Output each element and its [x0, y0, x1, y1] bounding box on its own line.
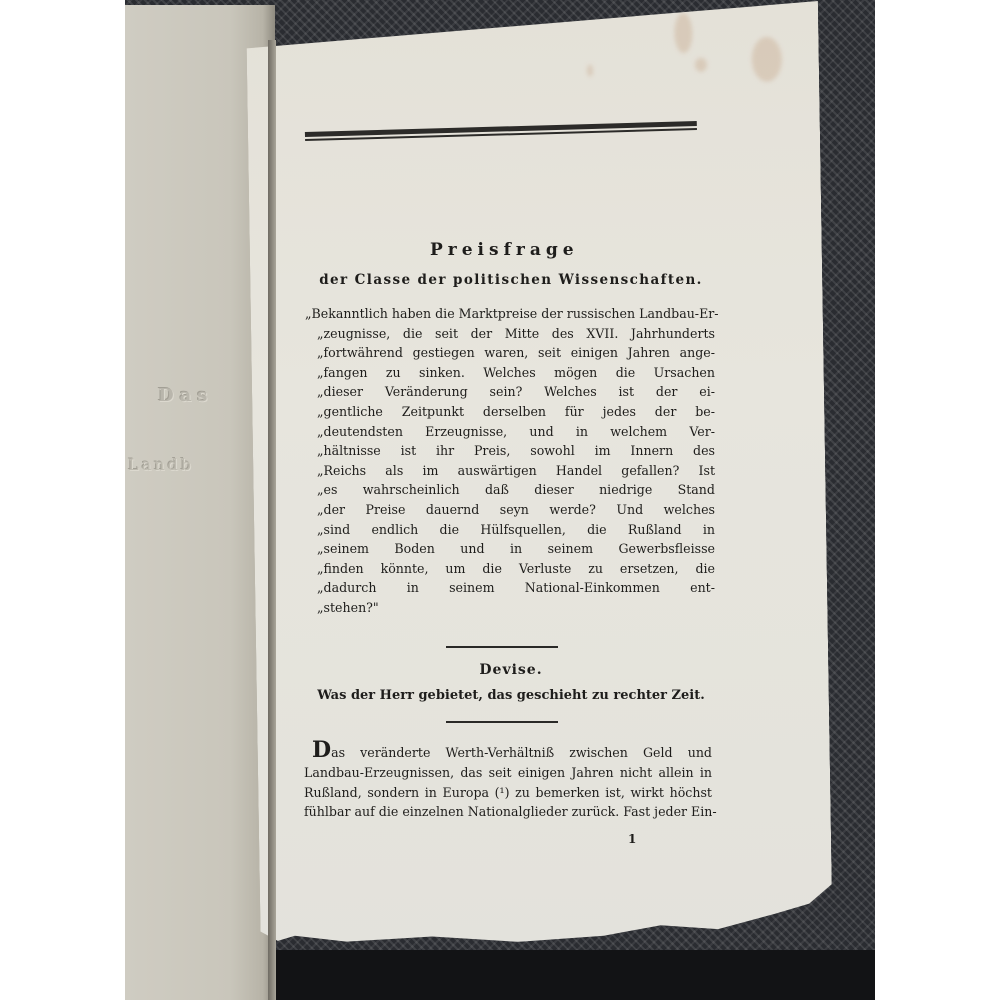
quote-line: „es wahrscheinlich daß dieser niedrige S… — [305, 480, 715, 500]
quote-line: „der Preise dauernd seyn werde? Und welc… — [305, 500, 715, 520]
quote-line: „finden könnte, um die Verluste zu erset… — [305, 559, 715, 579]
quote-line: „gentliche Zeitpunkt derselben für jedes… — [305, 402, 715, 422]
quote-line: „hältnisse ist ihr Preis, sowohl im Inne… — [305, 441, 715, 461]
motto: Was der Herr gebietet, das geschieht zu … — [306, 688, 716, 703]
prize-question-quote: „Bekanntlich haben die Marktpreise der r… — [305, 304, 715, 618]
quote-line: „fangen zu sinken. Welches mögen die Urs… — [305, 363, 715, 383]
quote-line: „deutendsten Erzeugnisse, und in welchem… — [305, 422, 715, 442]
foxing-stain — [751, 37, 782, 82]
quote-line: „dadurch in seinem National-Einkommen en… — [305, 578, 715, 598]
quote-line: „sind endlich die Hülfsquellen, die Rußl… — [305, 520, 715, 540]
left-page-embossed-text: Landb — [128, 455, 194, 474]
foxing-stain — [587, 65, 593, 77]
drop-cap: D — [304, 737, 331, 763]
book-gutter — [268, 40, 276, 1000]
page-number: 1 — [628, 832, 636, 846]
left-page-embossed-text: Das — [158, 385, 213, 406]
page-subtitle: der Classe der politischen Wissenschafte… — [306, 272, 716, 288]
quote-line: „Bekanntlich haben die Marktpreise der r… — [305, 304, 715, 324]
body-line: Landbau-Erzeugnissen, das seit einigen J… — [304, 763, 712, 783]
body-line: Das veränderte Werth-Verhältniß zwischen… — [304, 743, 712, 763]
quote-line: „dieser Veränderung sein? Welches ist de… — [305, 382, 715, 402]
body-line: Rußland, sondern in Europa (¹) zu bemerk… — [304, 783, 712, 803]
section-divider — [446, 721, 558, 723]
quote-line: „stehen?" — [305, 598, 715, 618]
devise-heading: Devise. — [306, 662, 716, 678]
section-divider — [446, 646, 558, 648]
photo-background-right — [875, 0, 1000, 1000]
quote-line: „Reichs als im auswärtigen Handel gefall… — [305, 461, 715, 481]
body-line: fühlbar auf die einzelnen Nationalgliede… — [304, 802, 712, 822]
body-paragraph: Das veränderte Werth-Verhältniß zwischen… — [304, 743, 712, 822]
quote-line: „seinem Boden und in seinem Gewerbsfleis… — [305, 539, 715, 559]
quote-line: „fortwährend gestiegen waren, seit einig… — [305, 343, 715, 363]
quote-line: „zeugnisse, die seit der Mitte des XVII.… — [305, 324, 715, 344]
foxing-stain — [674, 13, 693, 53]
foxing-stain — [695, 58, 707, 72]
photo-background-left — [0, 0, 125, 1000]
page-title: Preisfrage — [430, 240, 579, 260]
body-line-text: as veränderte Werth-Verhältniß zwischen … — [331, 745, 712, 760]
